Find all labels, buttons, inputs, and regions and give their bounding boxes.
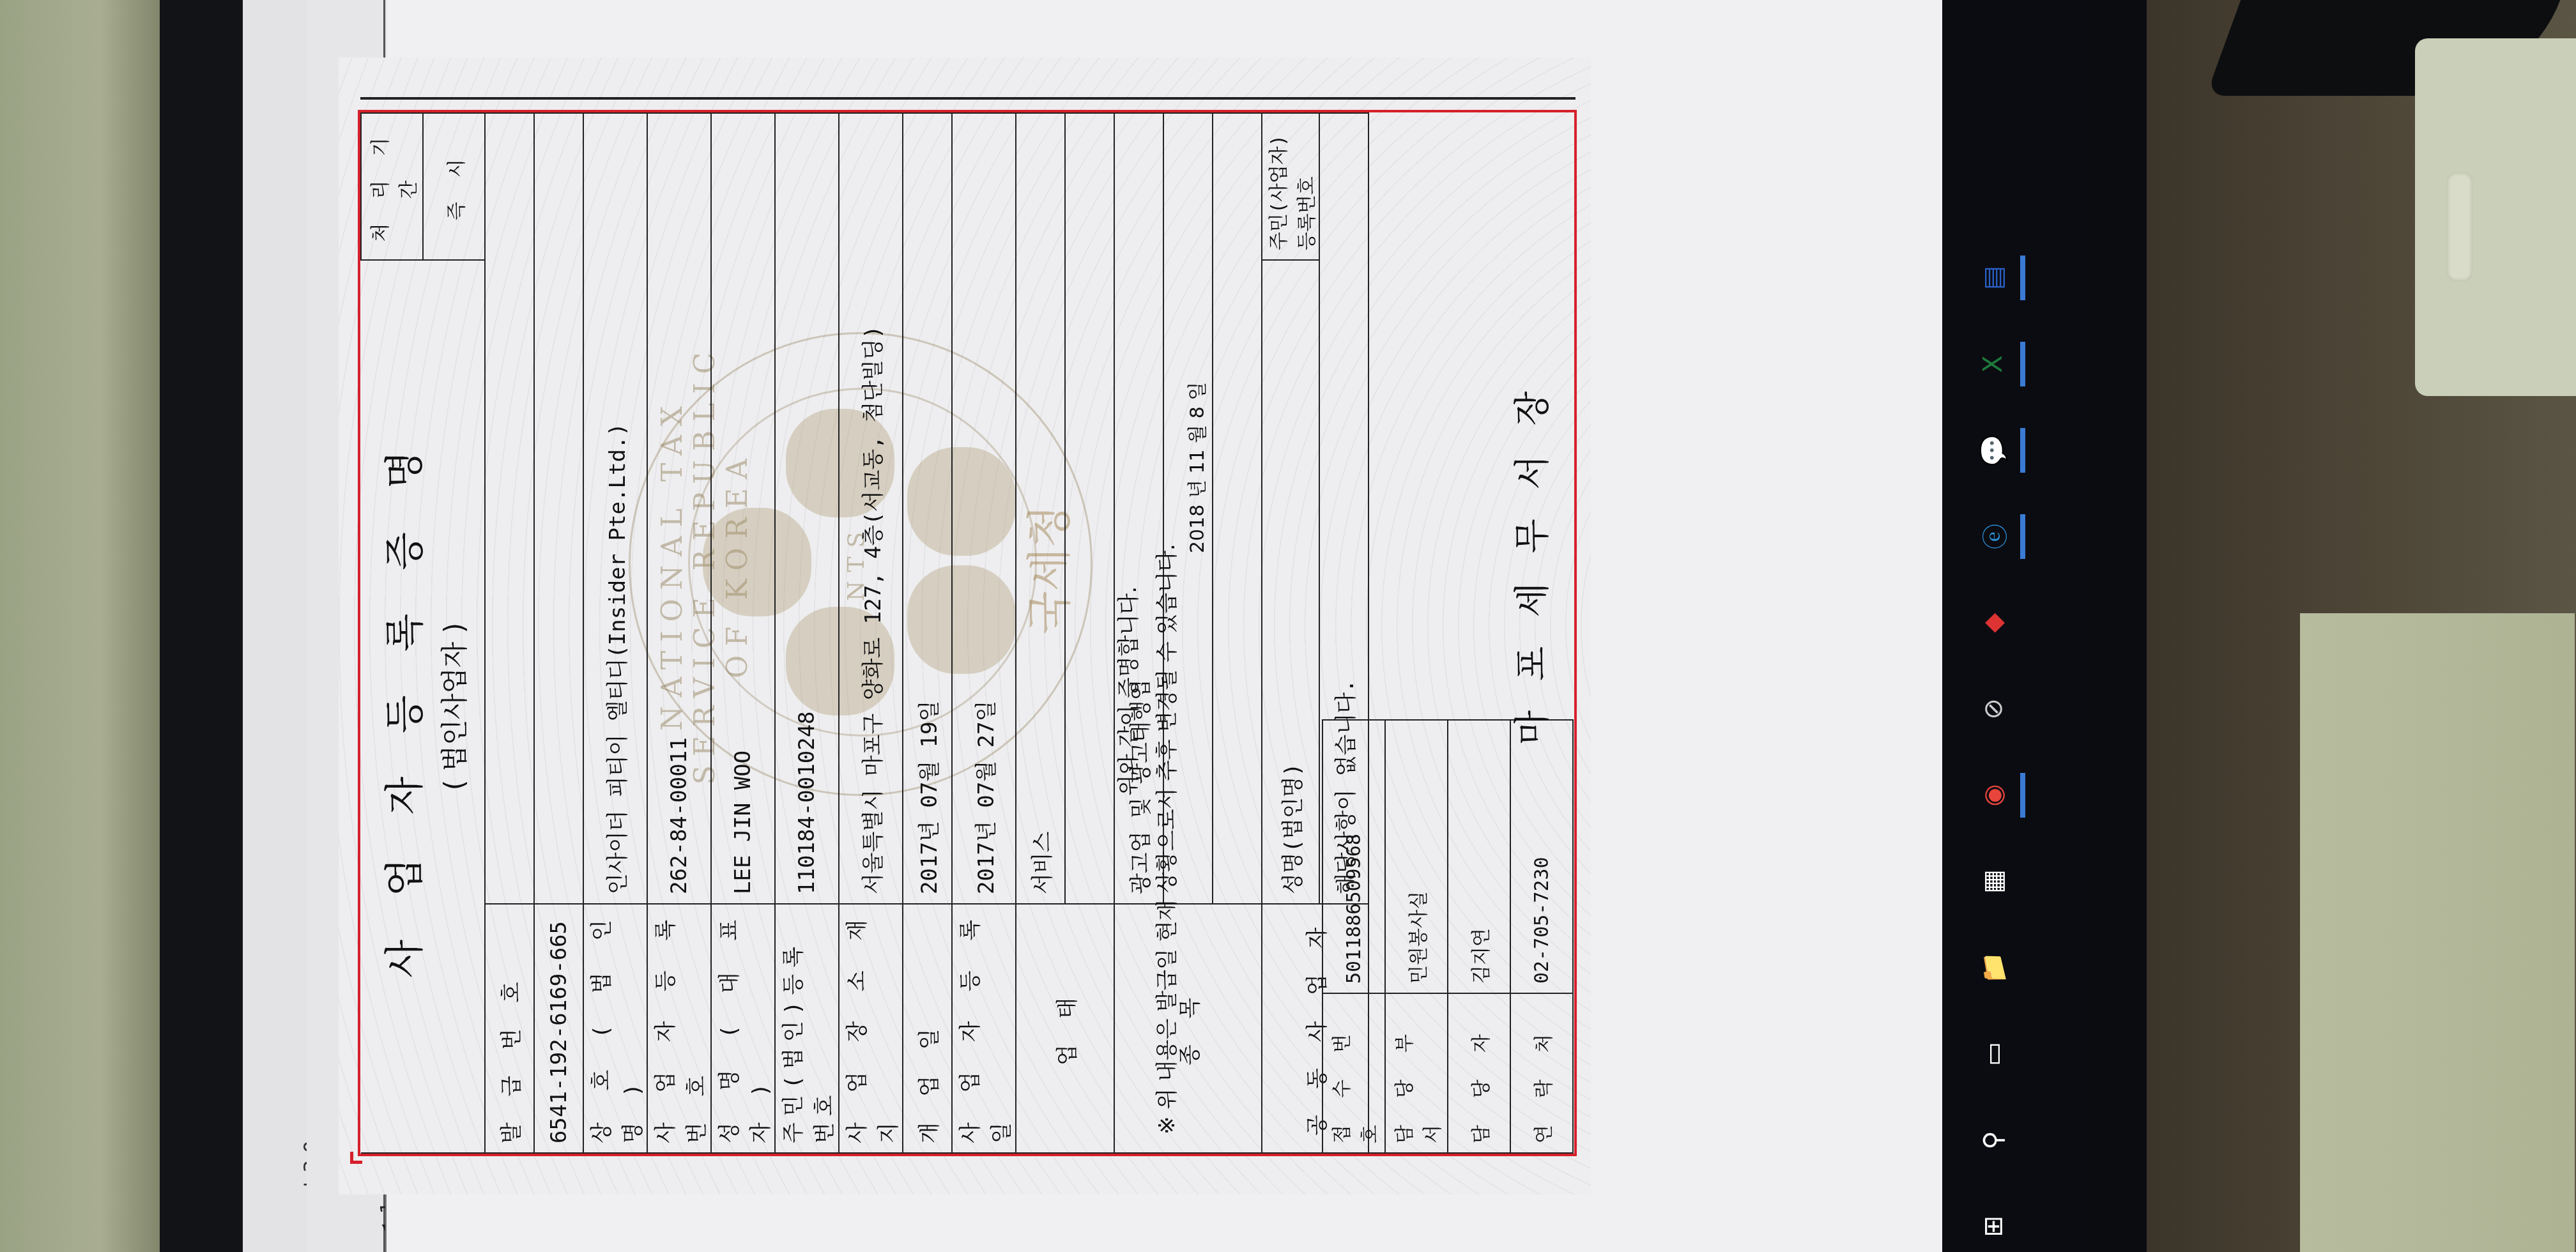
issue-date: 2018 년 11 월 8 일 [1181, 382, 1209, 553]
contact-label: 담 당 자 [1448, 993, 1510, 1153]
document-page: NATIONAL TAX SERVICE REPUBLIC OF KOREA N… [339, 57, 1591, 1195]
receipt-number: 5011886509568 [1322, 720, 1385, 993]
running-indicator [2020, 256, 2025, 300]
contact-label: 연 락 처 [1510, 993, 1573, 1153]
contact-label: 담 당 부 서 [1385, 993, 1448, 1153]
phone-number: 02-705-7230 [1510, 720, 1573, 993]
calculator-icon[interactable]: ▦ [1971, 859, 2016, 904]
monitor-bezel [160, 0, 243, 1252]
running-indicator [2020, 428, 2025, 473]
contact-table: 접 수 번 호5011886509568 담 당 부 서민원봉사실 담 당 자김… [1322, 719, 1574, 1154]
field-label: 상 호 ( 법 인 명 ) [583, 904, 647, 1153]
selection-frame[interactable]: NATIONAL TAX SERVICE REPUBLIC OF KOREA N… [358, 110, 1577, 1156]
officer-name: 김지연 [1448, 720, 1510, 993]
field-label: 주민(법인)등록번호 [775, 904, 839, 1153]
title-bar: expert 3.0 [243, 0, 307, 1252]
field-label: 개 업 일 [903, 904, 952, 1153]
background-device-handle [2447, 172, 2472, 281]
department: 민원봉사실 [1385, 720, 1448, 993]
notice-text: ※ 위 내용은 발급일 현재 상황으로서 추후 변경될 수 있습니다. [1149, 544, 1181, 1134]
processing-period-value: 즉 시 [423, 113, 485, 260]
business-reg-number: 262-84-00011 [647, 113, 711, 904]
overwatch-icon[interactable]: ⊘ [1971, 687, 2016, 731]
field-label: 사 업 자 등 록 번 호 [647, 904, 711, 1153]
desk-surface [0, 0, 166, 1252]
field-label: 사 업 자 등 록 일 [952, 904, 1016, 1153]
certify-text: 위와 같이 증명합니다. [1111, 586, 1142, 796]
task-view-icon[interactable]: ▭ [1971, 1032, 2016, 1076]
issue-number-value: 6541-192-6169-665 [534, 904, 583, 1153]
corporate-reg-number: 110184-0010248 [775, 113, 839, 904]
business-type-value: 서비스 [1016, 113, 1065, 904]
business-address: 서울특별시 마포구 양화로 127, 4층(서교동, 첨단빌딩) [839, 113, 903, 904]
running-indicator [2020, 514, 2025, 559]
internet-explorer-icon[interactable]: ⓔ [1971, 514, 2016, 559]
excel-icon[interactable]: X [1971, 342, 2016, 386]
background-device [2415, 38, 2576, 396]
title-cell: 사 업 자 등 록 증 명 ( 법인사업자 ) [361, 260, 485, 1153]
running-indicator [2020, 342, 2025, 386]
issue-number-label: 발 급 번 호 [485, 904, 534, 1153]
running-indicator [2020, 773, 2025, 818]
background-surface [2300, 613, 2575, 1252]
kakaotalk-icon[interactable]: 💬 [1971, 428, 2016, 473]
registration-date: 2017년 07월 27일 [952, 113, 1016, 904]
representative-name: LEE JIN WOO [711, 113, 775, 904]
field-label: 사 업 장 소 재 지 [839, 904, 903, 1153]
field-label: 성 명 ( 대 표 자 ) [711, 904, 775, 1153]
windows-start-icon[interactable]: ⊞ [1971, 1204, 2016, 1249]
document-subtitle: ( 법인사업자 ) [434, 270, 472, 1143]
document-title: 사 업 자 등 록 증 명 [373, 270, 430, 1143]
app-red-icon[interactable]: ◆ [1971, 600, 2016, 645]
company-name: 인사이더 피티이 엘티디(Insider Pte.Ltd.) [583, 113, 647, 904]
opening-date: 2017년 07월 19일 [903, 113, 952, 904]
processing-period-label: 처 리 기 간 [361, 113, 423, 260]
report-viewer-icon[interactable]: ▤ [1971, 256, 2016, 300]
search-icon[interactable]: ⚲ [1971, 1118, 2016, 1163]
file-explorer-icon[interactable]: 📁 [1971, 945, 2016, 990]
issuing-office: 마 포 세 무 서 장 [1504, 382, 1555, 745]
blank-cell [534, 113, 583, 904]
blank-cell [485, 113, 534, 904]
certificate-footer: 위와 같이 증명합니다. ※ 위 내용은 발급일 현재 상황으로서 추후 변경될… [1079, 112, 1574, 1154]
contact-label: 접 수 번 호 [1322, 993, 1385, 1153]
chrome-icon[interactable]: ◉ [1971, 773, 2016, 818]
